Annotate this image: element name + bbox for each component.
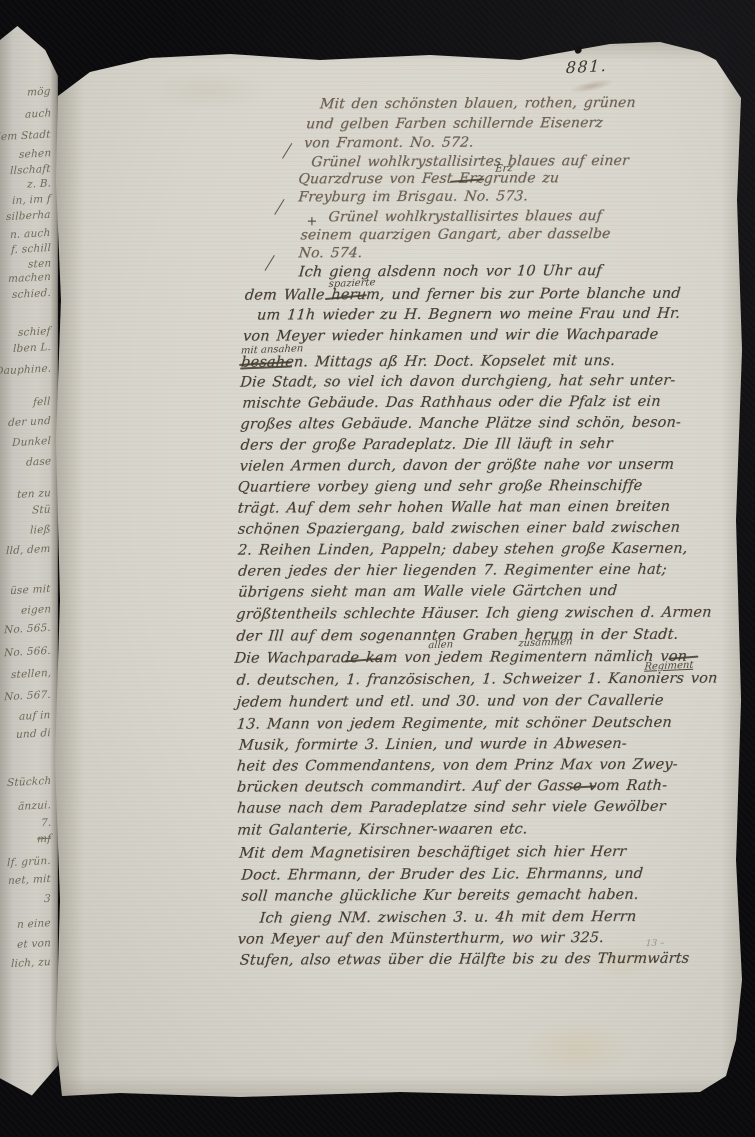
manuscript-line: Grünel wohlkrystallisirtes blaues auf — [328, 209, 603, 224]
photo-background: mögauchdem Stadtsehenllschaftz. B.in, im… — [0, 0, 755, 1137]
page-number: 881. — [565, 56, 607, 77]
manuscript-line: heit des Commendantens, von dem Prinz Ma… — [236, 758, 678, 774]
manuscript-line: Mit dem Magnetisiren beschäftiget sich h… — [239, 845, 627, 861]
handwriting-layer: 881. Mit den schönsten blauen, rothen, g… — [0, 0, 755, 1137]
manuscript-line: trägt. Auf dem sehr hohen Walle hat man … — [237, 500, 671, 516]
manuscript-line: 2. Reihen Linden, Pappeln; dabey stehen … — [237, 542, 688, 558]
interlinear-insertions: Erzspaziertemit ansahenallenzusammenRegi… — [0, 0, 753, 2]
margin-slash-mark — [282, 143, 292, 159]
manuscript-text-block: Mit den schönsten blauen, rothen, grünen… — [0, 0, 753, 2]
manuscript-line: Doct. Ehrmann, der Bruder des Lic. Ehrma… — [241, 867, 644, 883]
manuscript-line: ders der große Paradeplatz. Die Ill läuf… — [240, 437, 613, 453]
manuscript-line: d. deutschen, 1. französischen, 1. Schwe… — [236, 672, 718, 689]
manuscript-line: No. 574. — [298, 246, 363, 260]
manuscript-line: Quartiere vorbey gieng und sehr große Rh… — [237, 479, 643, 495]
manuscript-line: und gelben Farben schillernde Eisenerz — [305, 116, 603, 131]
interlinear-insertion: Regiment — [644, 660, 694, 673]
margin-slash-mark — [265, 255, 275, 271]
manuscript-line: übrigens sieht man am Walle viele Gärtch… — [238, 584, 618, 600]
manuscript-line: brücken deutsch commandirt. Auf der Gass… — [236, 779, 667, 795]
interlinear-insertion: zusammen — [518, 636, 573, 649]
margin-slash-mark — [274, 199, 284, 215]
stain — [148, 70, 268, 111]
stain — [522, 1019, 632, 1079]
manuscript-line: von Meyer auf den Münsterthurm, wo wir 3… — [237, 931, 604, 947]
manuscript-line: hause nach dem Paradeplatze sind sehr vi… — [236, 800, 666, 816]
manuscript-line: um 11h wieder zu H. Begnern wo meine Fra… — [256, 307, 680, 323]
interlinear-insertion: allen — [428, 639, 454, 651]
ink-blot — [575, 46, 582, 54]
manuscript-line: mit Galanterie, Kirschner-waaren etc. — [237, 822, 529, 838]
manuscript-line: von Framont. No. 572. — [304, 136, 475, 151]
manuscript-line: jedem hundert und etl. und 30. und von d… — [236, 694, 664, 710]
manuscript-line: Mit den schönsten blauen, rothen, grünen — [319, 96, 636, 111]
manuscript-line: Freyburg im Brisgau. No. 573. — [298, 189, 529, 204]
interlinear-insertion: Erz — [495, 163, 513, 175]
manuscript-line: Stufen, also etwas über die Hälfte bis z… — [239, 952, 690, 968]
manuscript-line: schönen Spaziergang, bald zwischen einer… — [237, 521, 680, 537]
pencil-note: 13 – — [645, 938, 665, 949]
manuscript-line: dem Walle herum, und ferner bis zur Port… — [244, 287, 681, 303]
manuscript-line: Musik, formirte 3. Linien, und wurde in … — [238, 737, 627, 753]
manuscript-line: besahen. Mittags aß Hr. Doct. Kopselet m… — [240, 354, 615, 370]
margin-marks: + — [0, 0, 753, 2]
stain — [568, 76, 615, 96]
manuscript-line: Die Wachparade kam von jedem Regimentern… — [234, 650, 688, 666]
margin-plus-mark: + — [306, 214, 317, 229]
manuscript-line: Grünel wohlkrystallisirtes blaues auf ei… — [311, 154, 630, 169]
manuscript-line: Ich gieng NM. zwischen 3. u. 4h mit dem … — [259, 910, 637, 926]
manuscript-line: größtentheils schlechte Häuser. Ich gien… — [236, 606, 713, 623]
manuscript-line: seinem quarzigen Gangart, aber dasselbe — [300, 227, 611, 242]
manuscript-line: Quarzdruse von Fest Erzgrunde zu — [298, 171, 560, 186]
manuscript-line: vielen Armen durch, davon der größte nah… — [239, 458, 675, 474]
interlinear-insertion: spazierte — [328, 277, 375, 290]
manuscript-line: Die Stadt, so viel ich davon durchgieng,… — [240, 374, 676, 390]
manuscript-line: von Meyer wieder hinkamen und wir die Wa… — [242, 328, 658, 344]
manuscript-line: 13. Mann von jedem Regimente, mit schöne… — [236, 716, 672, 732]
manuscript-line: mischte Gebäude. Das Rathhaus oder die P… — [242, 395, 662, 411]
manuscript-line: deren jedes der hier liegenden 7. Regime… — [237, 563, 667, 579]
manuscript-line: der Ill auf dem sogenannten Graben herum… — [236, 628, 679, 644]
manuscript-line: soll manche glückliche Kur bereits gemac… — [241, 888, 639, 904]
manuscript-line: großes altes Gebäude. Manche Plätze sind… — [240, 416, 682, 432]
